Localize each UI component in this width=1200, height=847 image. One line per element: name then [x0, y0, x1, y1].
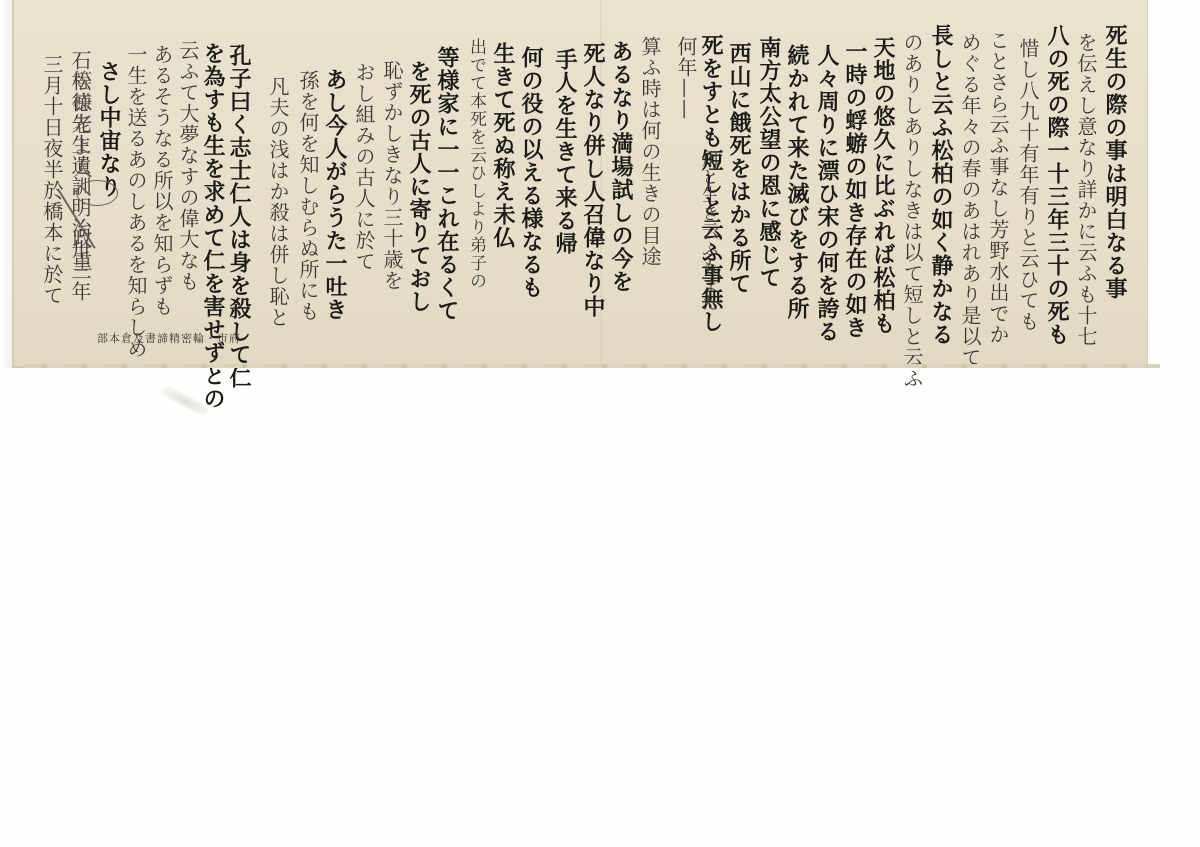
text-column-18: あるなり満場試しの今を	[610, 40, 632, 293]
text-column-10: 一時の蜉蝣の如き存在の如き	[844, 40, 866, 339]
text-column-17: 算ふ時は何の生きの目途	[640, 36, 660, 267]
text-column-27: おし組みの古人に於て	[354, 62, 374, 272]
text-column-16b: 用と生き云ふもまた	[699, 150, 716, 312]
text-column-4: 惜し八九十有年有りと云ひても	[1018, 38, 1038, 332]
publisher-imprint: 部本倉及書諦精密輪・市府	[97, 330, 241, 346]
text-column-8: のありしありしなきは以て短しと云ふ	[902, 32, 922, 389]
text-column-36: さし中宙なり	[98, 60, 120, 198]
text-column-14: 西山に餓死をはかる所て	[728, 42, 750, 295]
text-column-26: 恥ずかしきなり三十歳を	[382, 60, 402, 291]
text-column-6: めぐる年々の春のあはれあり是以て	[960, 32, 980, 368]
text-column-11: 人々周りに漂ひ宋の何を誇る	[816, 44, 838, 343]
text-column-30: 凡夫の浅はか殺は併し恥と	[268, 76, 288, 328]
text-column-12: 続かれて来た滅びをする所	[786, 44, 808, 320]
text-column-5: ことさら云ふ事なし芳野水出でか	[988, 30, 1008, 345]
letter-paper: 死生の際の事は明白なる事 を伝えし意なり詳かに云ふも十七 八の死の際一十三年三十…	[12, 0, 1148, 368]
text-column-25: を死の古人に寄りておし	[408, 60, 430, 313]
text-column-22: 生きて死ぬ称え未仏	[492, 42, 514, 249]
text-column-34: あるそうなる所以を知らずも	[152, 44, 172, 317]
seal-mark-icon	[76, 180, 118, 206]
text-column-1: 死生の際の事は明白なる事	[1104, 24, 1126, 300]
text-column-19: 死人なり併し人召偉なり中	[582, 42, 604, 318]
text-column-9: 天地の悠久に比ぶれば松柏も	[872, 36, 894, 335]
text-column-7: 長しと云ふ松柏の如く静かなる	[930, 24, 952, 346]
text-column-33: 云ふて大夢なすの偉大なも	[178, 40, 198, 292]
text-column-3: 八の死の際一十三年三十の死も	[1046, 24, 1068, 346]
paper-bottom-edge	[24, 364, 1160, 368]
text-column-13: 南方太公望の恩に感じて	[758, 36, 780, 289]
text-column-20: 手人を生きて来る帰	[554, 48, 576, 255]
signer-name: 政重	[67, 228, 96, 274]
text-column-28: あし今人がらうた一吐き	[324, 68, 346, 321]
text-column-32: を為すも生を求めて仁を害せずとの	[202, 42, 224, 410]
text-column-23: 出でて本死を云ひしより弟子の	[467, 38, 484, 290]
text-column-2: を伝えし意なり詳かに云ふも十七	[1076, 32, 1096, 347]
text-column-24: 等様家に一一これ在るくて	[436, 46, 458, 322]
text-column-21: 何の役の以える様なるも	[520, 46, 542, 299]
text-column-16: 何年——	[676, 36, 696, 120]
text-column-29: 孫を何を知しむらぬ所にも	[298, 70, 318, 322]
closing-line-2: 三月十日夜半於橋本に於て	[42, 54, 62, 306]
text-column-35: 一生を送るあのしあるを知らしめ	[126, 44, 146, 359]
